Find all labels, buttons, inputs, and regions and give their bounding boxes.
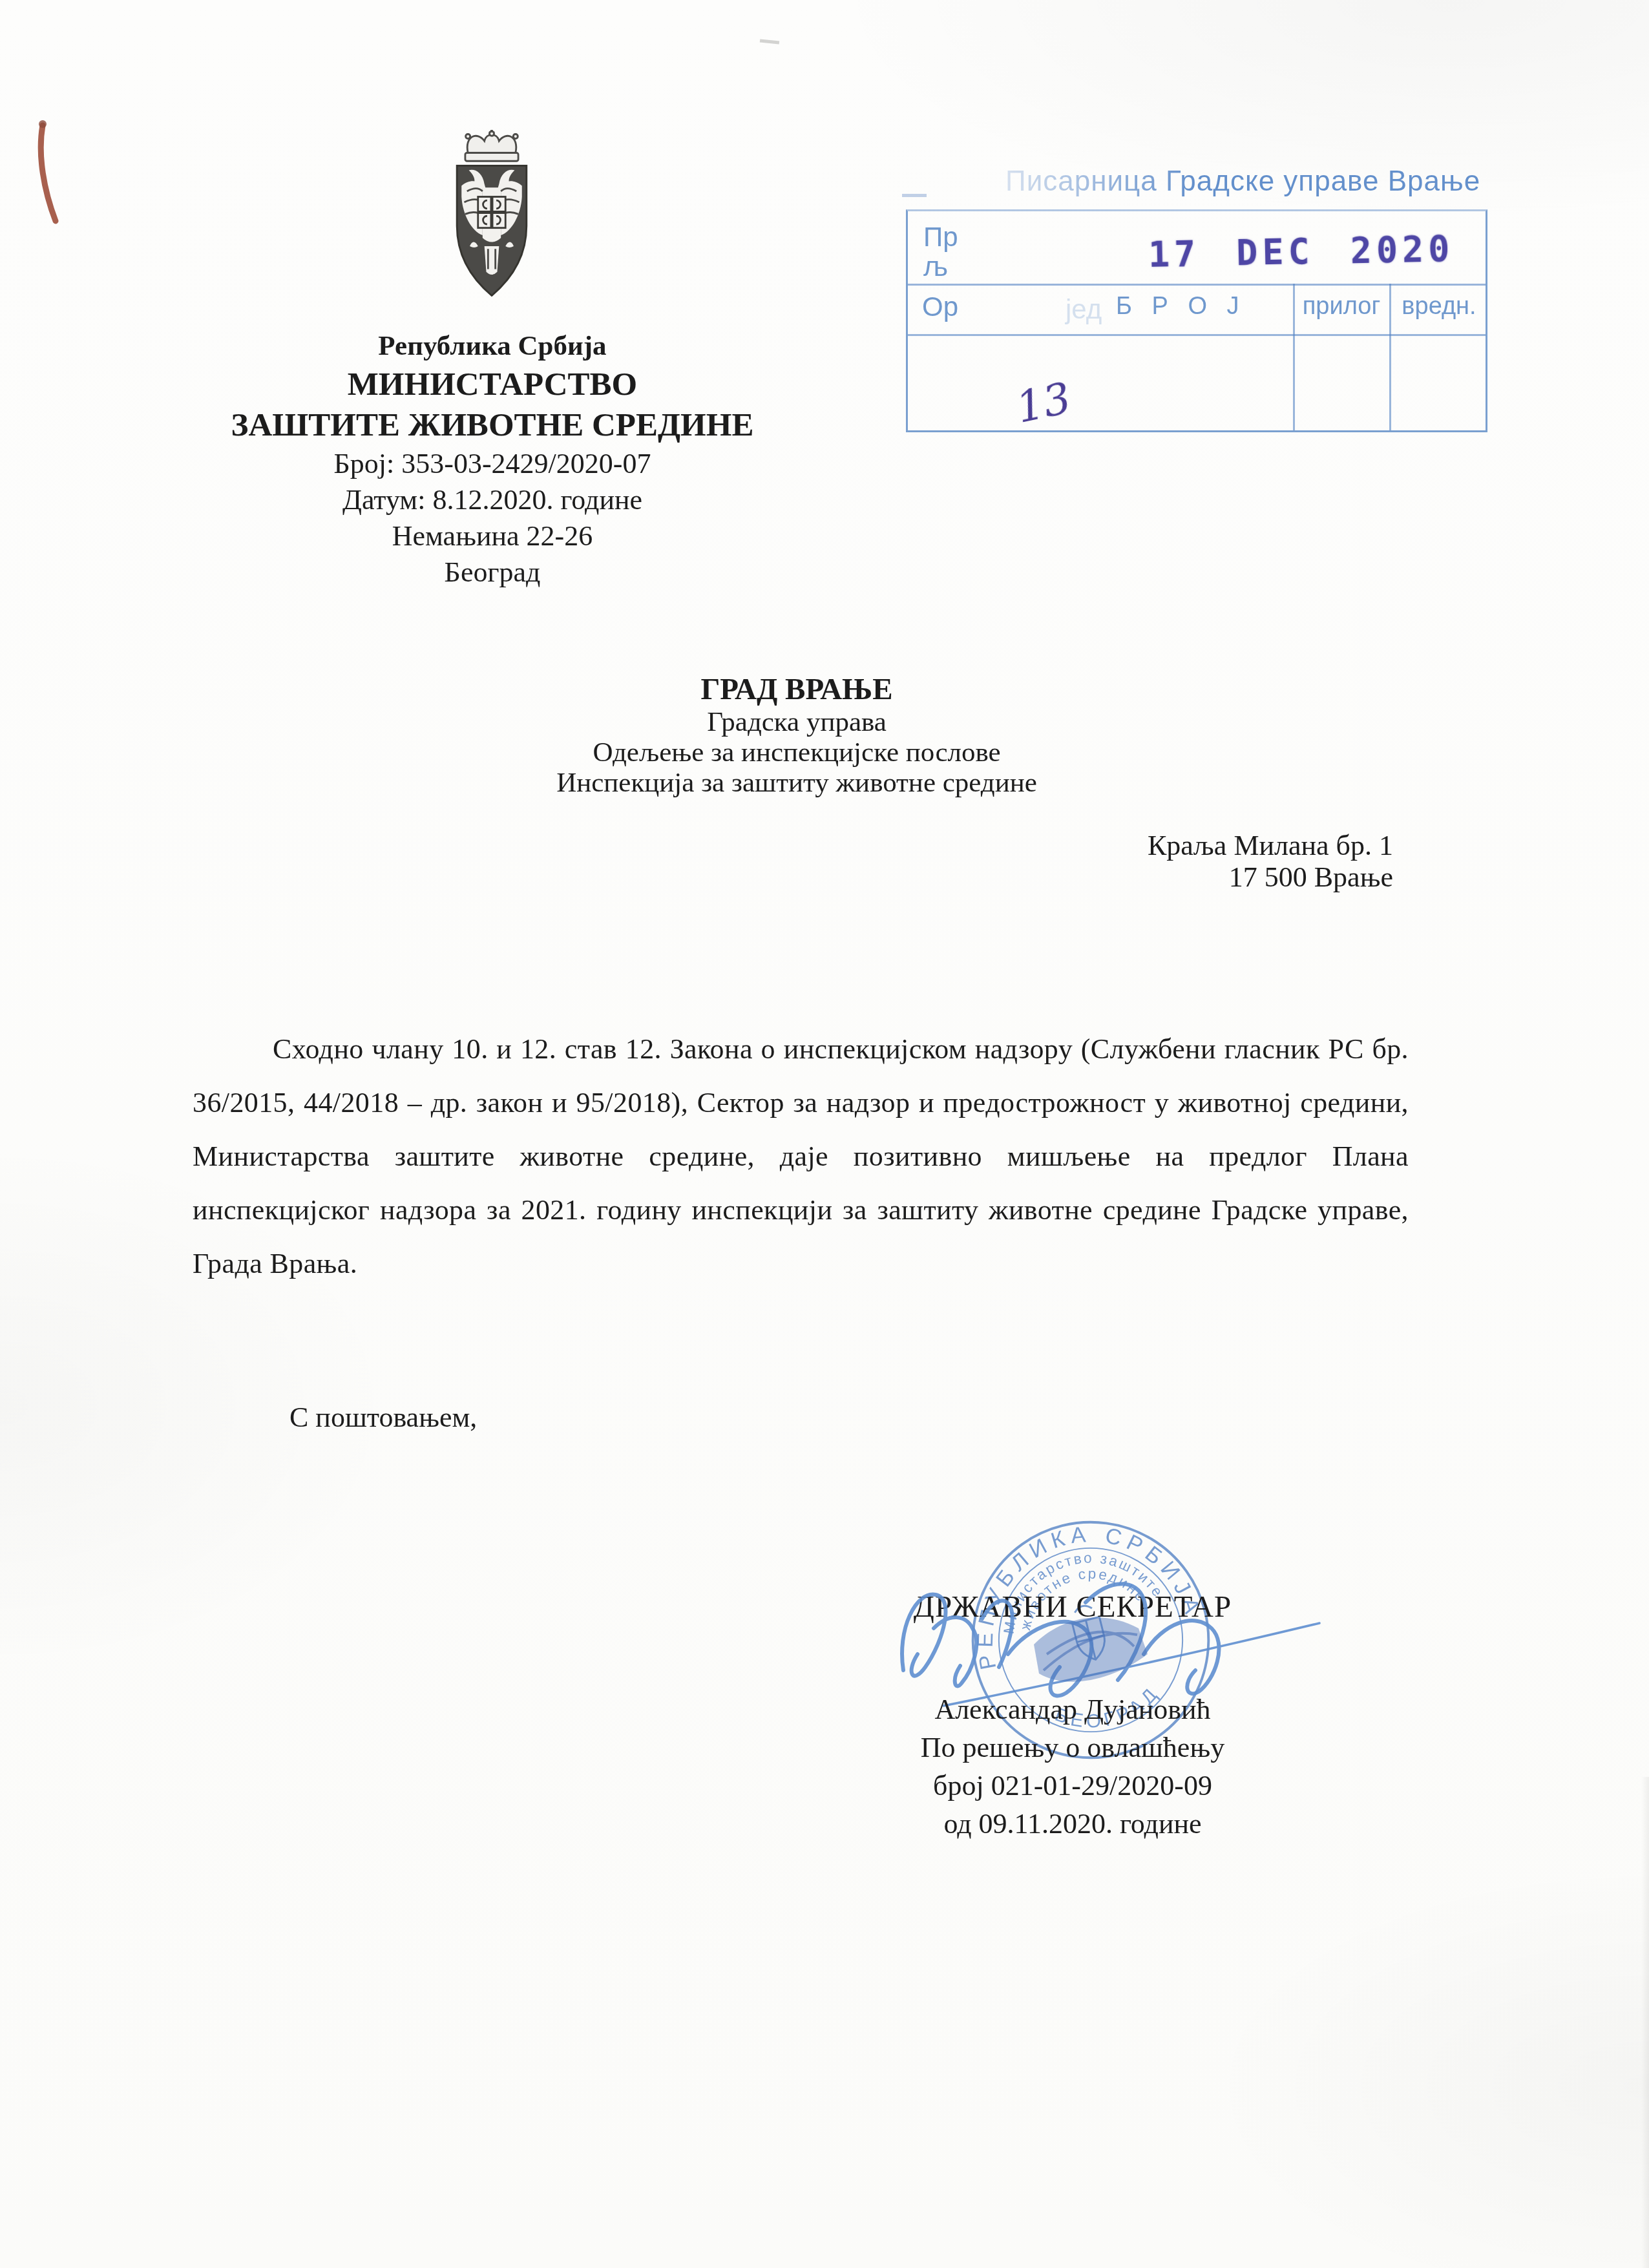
receipt-stamp-row-divider xyxy=(908,334,1486,336)
letterhead-country: Република Србија xyxy=(213,328,772,364)
receipt-stamp-header: Писарница Градске управе Врање xyxy=(1005,165,1497,198)
serbia-coat-of-arms xyxy=(437,127,547,311)
letterhead-date: Датум: 8.12.2020. године xyxy=(213,482,772,518)
letterhead-street: Немањина 22-26 xyxy=(213,518,772,554)
letterhead-ministry-line1: МИНИСТАРСТВО xyxy=(213,364,772,404)
receipt-stamp-number-label: Б Р О Ј xyxy=(1116,293,1246,320)
letterhead-number: Број: 353-03-2429/2020-07 xyxy=(213,446,772,482)
scan-speck-artifact xyxy=(760,39,779,44)
recipient-block: ГРАД ВРАЊЕ Градска управа Одељење за инс… xyxy=(439,672,1154,798)
signatory-details: Александар Дујановић По решењу о овлашће… xyxy=(853,1690,1292,1843)
authorization-line-3: од 09.11.2020. године xyxy=(853,1805,1292,1843)
recipient-city: ГРАД ВРАЊЕ xyxy=(439,672,1154,707)
red-pen-mark-artifact xyxy=(26,116,71,229)
signatory-name: Александар Дујановић xyxy=(853,1690,1292,1728)
receipt-stamp-attachment-label: прилог xyxy=(1294,293,1389,320)
receipt-stamp-org-label-faint: јед xyxy=(1066,294,1102,325)
handwritten-number: 13 xyxy=(1012,373,1075,433)
scan-edge-shading xyxy=(1641,1777,1649,2268)
body-paragraph: Сходно члану 10. и 12. став 12. Закона о… xyxy=(193,1022,1409,1290)
receipt-stamp-received-label-2: љ xyxy=(923,251,948,282)
receipt-stamp-row-divider xyxy=(908,284,1486,286)
recipient-street: Краља Милана бр. 1 xyxy=(937,830,1393,861)
recipient-address: Краља Милана бр. 1 17 500 Врање xyxy=(937,830,1393,893)
letterhead-city: Београд xyxy=(213,554,772,591)
scanned-letter-page: Република Србија МИНИСТАРСТВО ЗАШТИТЕ ЖИ… xyxy=(0,0,1649,2268)
authorization-line-2: број 021-01-29/2020-09 xyxy=(853,1767,1292,1805)
letterhead: Република Србија МИНИСТАРСТВО ЗАШТИТЕ ЖИ… xyxy=(213,328,772,591)
recipient-department: Одељење за инспекцијске послове xyxy=(439,737,1154,768)
recipient-postal-city: 17 500 Врање xyxy=(937,861,1393,893)
receipt-stamp-table: Пр љ Ор јед Б Р О Ј прилог вредн. 17 DEC… xyxy=(906,209,1487,432)
recipient-inspection: Инспекција за заштиту животне средине xyxy=(439,768,1154,798)
receipt-stamp-org-label: Ор xyxy=(922,291,958,322)
receipt-stamp-dash-artifact xyxy=(902,194,927,197)
letterhead-ministry-line2: ЗАШТИТЕ ЖИВОТНЕ СРЕДИНЕ xyxy=(213,404,772,446)
receipt-stamp-value-label: вредн. xyxy=(1391,293,1487,320)
closing-salutation: С поштовањем, xyxy=(289,1401,477,1434)
authorization-line-1: По решењу о овлашћењу xyxy=(853,1728,1292,1767)
receipt-stamp-received-label-1: Пр xyxy=(923,222,958,253)
receipt-date-stamp: 17 DEC 2020 xyxy=(1148,227,1454,275)
recipient-administration: Градска управа xyxy=(439,707,1154,737)
